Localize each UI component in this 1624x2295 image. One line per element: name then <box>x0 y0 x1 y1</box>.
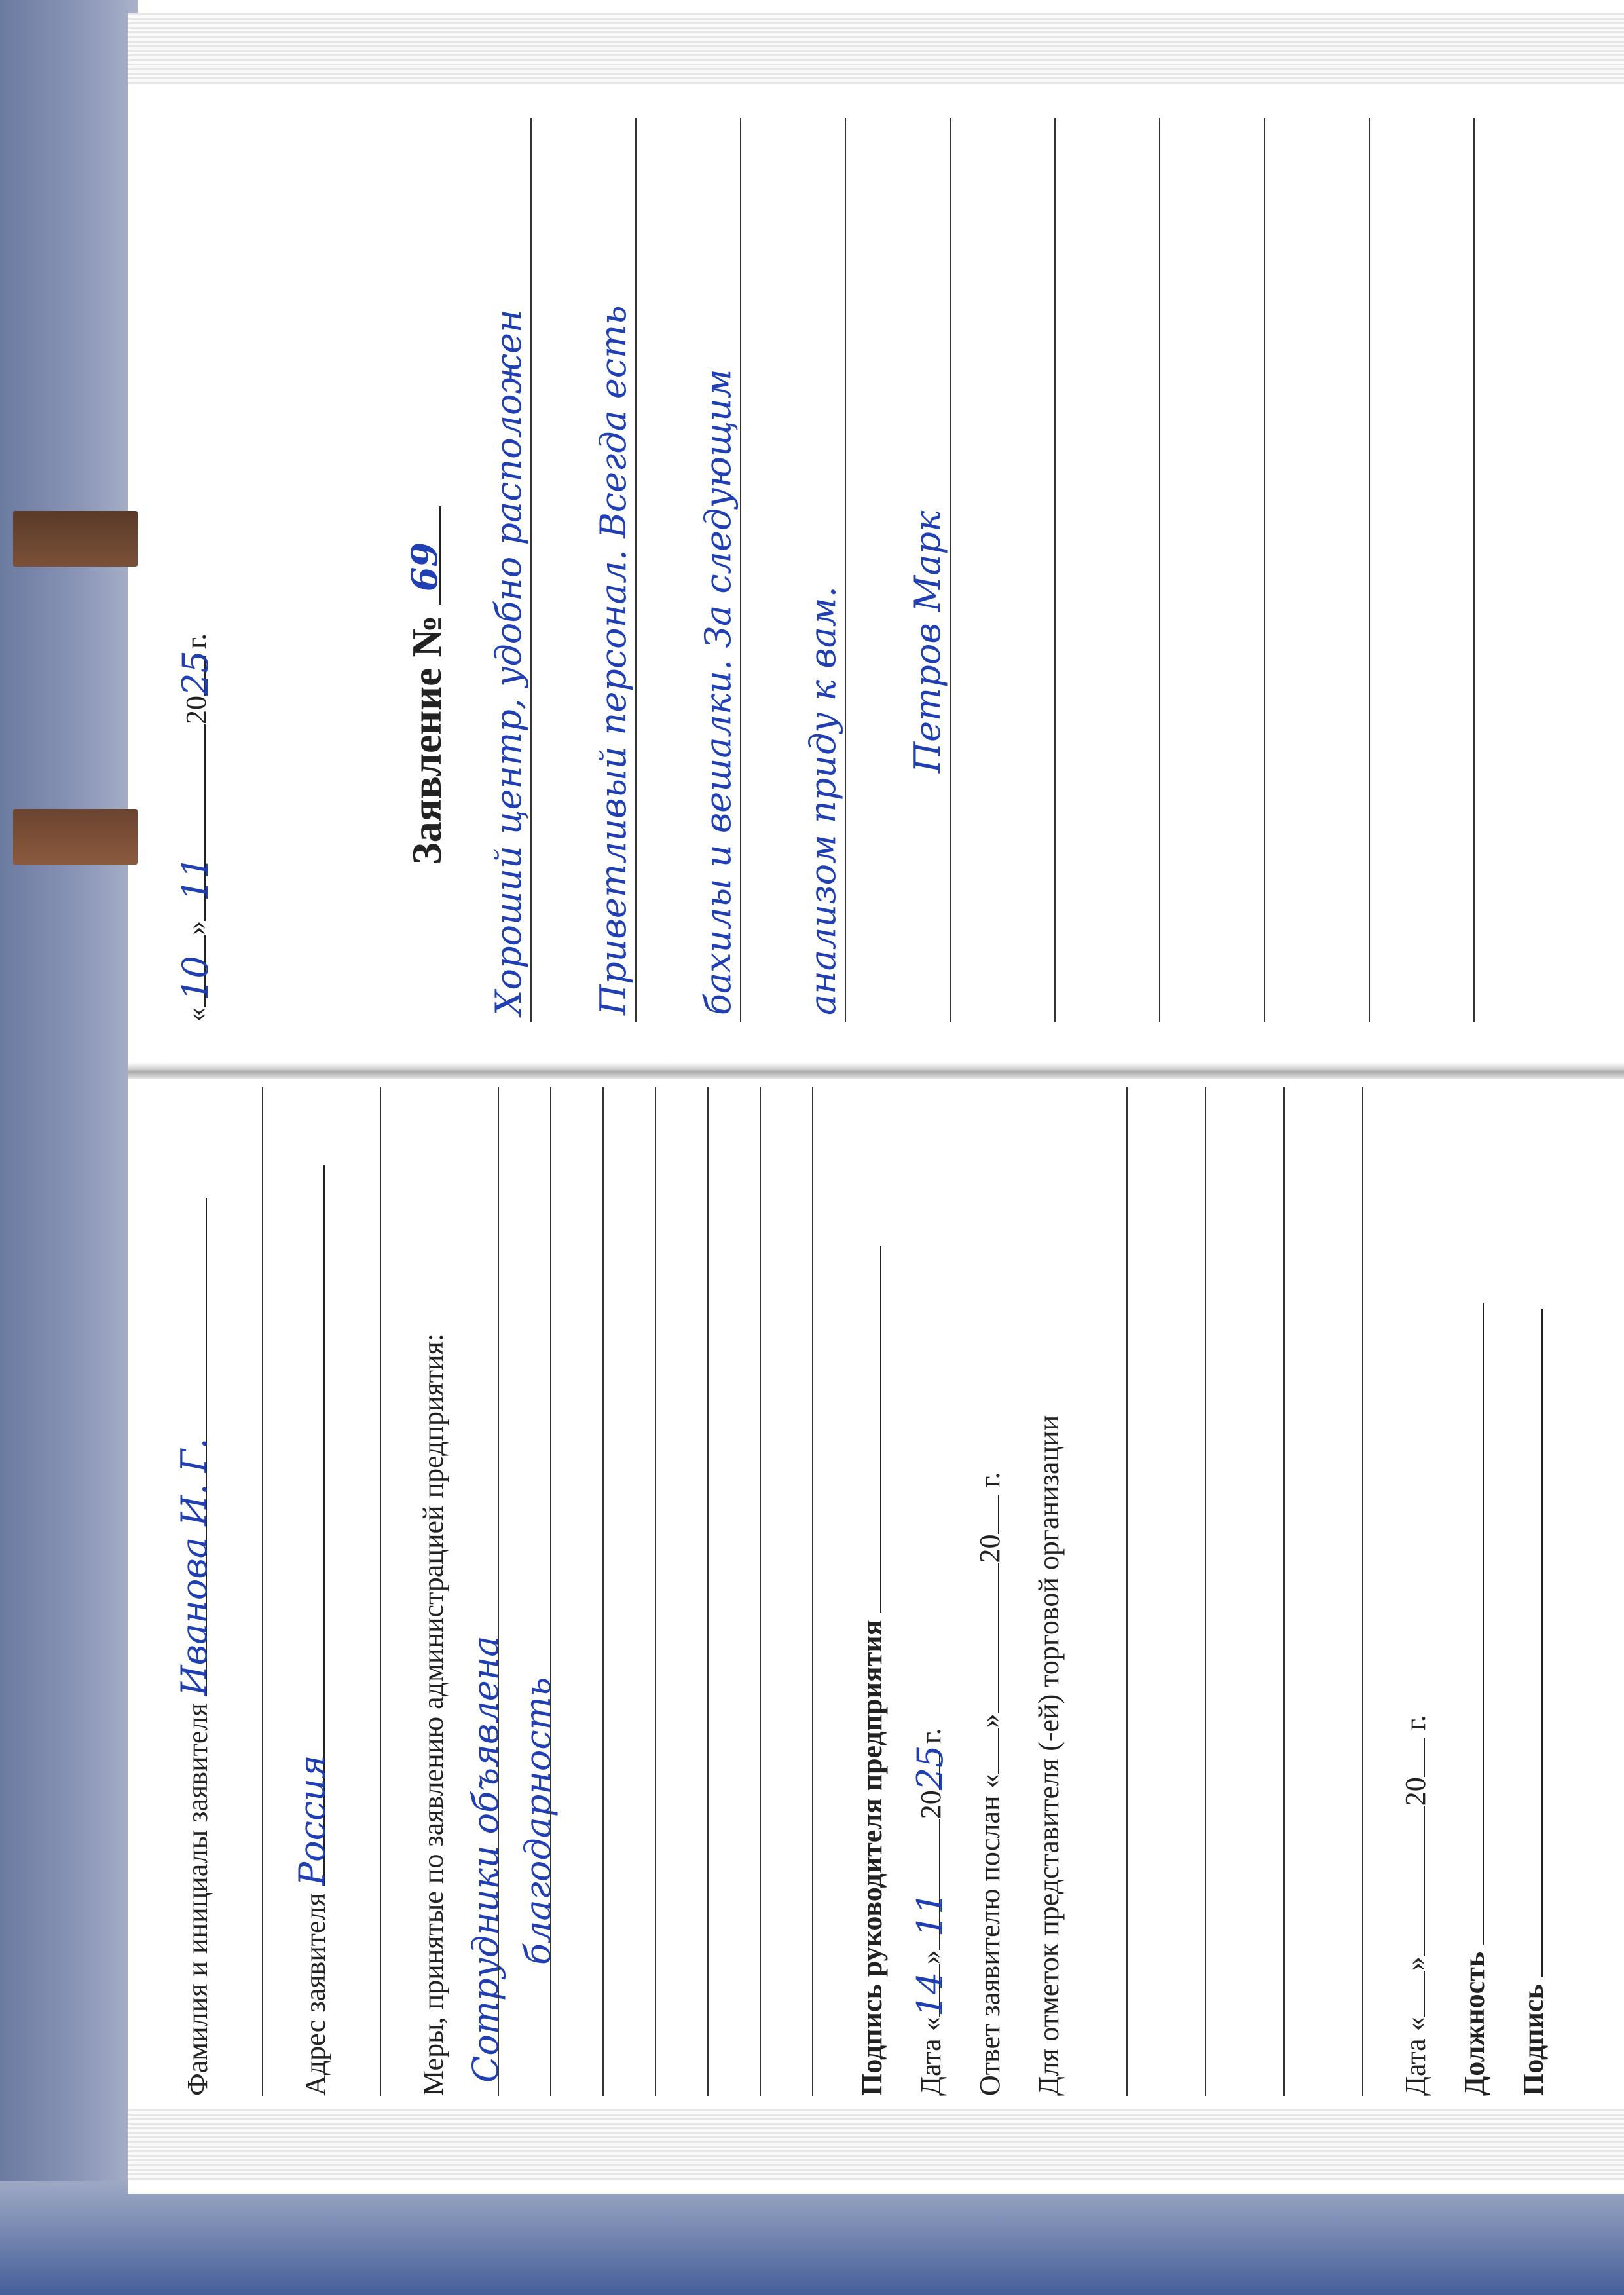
response-page: Фамилия и инициалы заявителя Иванова И. … <box>164 1087 1585 2096</box>
manager-signature-field: Подпись руководителя предприятия <box>858 1246 887 2097</box>
statement-month-value: 11 <box>178 856 213 901</box>
book-spine <box>128 1062 1624 1079</box>
book-cover <box>0 0 138 2295</box>
page-stack-top <box>128 13 1624 85</box>
measures-label: Меры, принятые по заявлению администраци… <box>419 1334 448 2096</box>
applicant-name-value: Иванова И. Г. <box>177 1438 212 1696</box>
statement-year-value: 25 <box>178 650 213 696</box>
statement-page: «10»112025 г. Заявление № 69 Хороший цен… <box>164 118 1585 1022</box>
statement-number-value: 69 <box>407 542 442 591</box>
statement-day-value: 10 <box>178 956 213 1001</box>
applicant-signature: Петров Марк <box>910 511 946 773</box>
book-cover-edge <box>0 2181 1624 2295</box>
statement-line: Приветливый персонал. Всегда есть <box>596 305 631 1015</box>
applicant-name-field: Фамилия и инициалы заявителя Иванова И. … <box>183 1198 212 2096</box>
org-rep-label: Для отметок представителя (-ей) торговой… <box>1035 1415 1063 2096</box>
position-field: Должность <box>1460 1303 1489 2096</box>
applicant-address-field: Адрес заявителя Россия <box>301 1165 330 2096</box>
manager-signature-label: Подпись руководителя предприятия <box>856 1620 888 2097</box>
applicant-address-label: Адрес заявителя <box>299 1893 331 2096</box>
reply-sent-field: Ответ заявителю послан «»20 г. <box>976 1472 1005 2096</box>
statement-line: бахилы и вешалки. За следующим <box>701 369 736 1015</box>
bookmark-ribbon <box>13 511 138 567</box>
manager-date-field: Дата «14»112025 г. <box>917 1728 946 2096</box>
applicant-name-label: Фамилия и инициалы заявителя <box>181 1703 213 2096</box>
manager-day-value: 14 <box>913 1972 948 2017</box>
manager-year-value: 25 <box>913 1745 948 1791</box>
bottom-date-field: Дата «»20 г. <box>1401 1715 1430 2096</box>
statement-date: «10»112025 г. <box>182 633 211 1022</box>
statement-heading: Заявление № 69 <box>406 506 448 865</box>
page-stack-bottom <box>128 2109 1624 2181</box>
statement-line: Хороший центр, удобно расположен <box>491 309 526 1015</box>
manager-month-value: 11 <box>913 1892 948 1937</box>
bookmark-ribbon <box>13 809 138 865</box>
signature-field: Подпись <box>1519 1309 1548 2096</box>
applicant-address-value: Россия <box>295 1755 330 1886</box>
statement-line: анализом приду к вам. <box>805 586 841 1015</box>
